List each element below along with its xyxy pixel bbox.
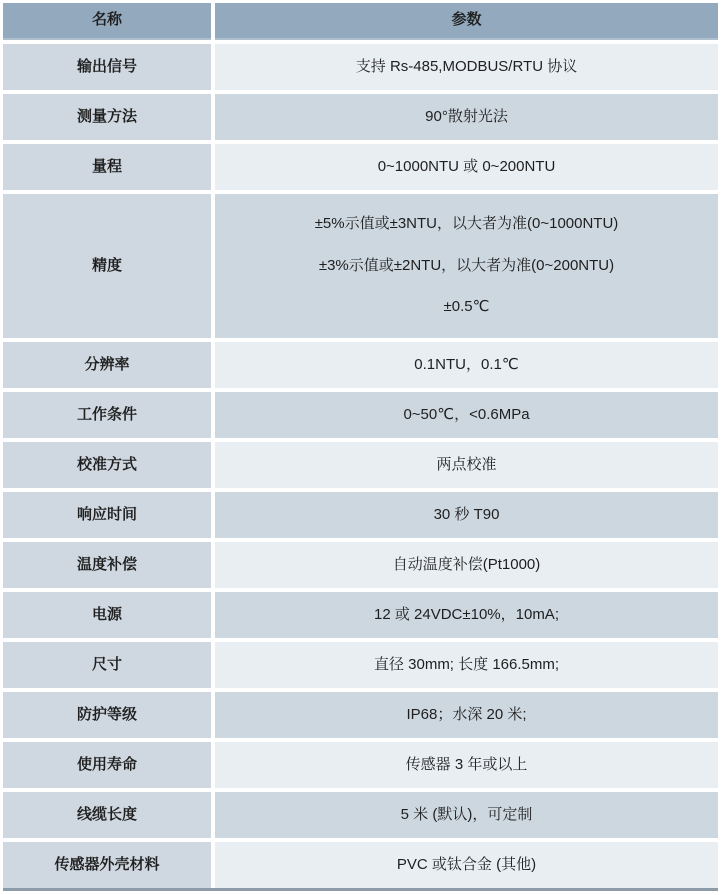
spec-sheet-page: 名称 参数 输出信号 支持 Rs-485,MODBUS/RTU 协议 测量方法 … bbox=[0, 0, 724, 895]
table-row-service-life: 使用寿命 传感器 3 年或以上 bbox=[3, 742, 718, 788]
table-row-accuracy: 精度 ±5%示值或±3NTU，以大者为准(0~1000NTU) ±3%示值或±2… bbox=[3, 194, 718, 338]
table-row-dimensions: 尺寸 直径 30mm; 长度 166.5mm; bbox=[3, 642, 718, 688]
table-row-power: 电源 12 或 24VDC±10%，10mA; bbox=[3, 592, 718, 638]
table-row-temp-compensation: 温度补偿 自动温度补偿(Pt1000) bbox=[3, 542, 718, 588]
table-header-row: 名称 参数 bbox=[3, 3, 718, 40]
row-value: IP68；水深 20 米; bbox=[215, 692, 718, 738]
row-value: PVC 或钛合金 (其他) bbox=[215, 842, 718, 888]
row-name: 输出信号 bbox=[3, 44, 211, 90]
accuracy-line-1: ±5%示值或±3NTU，以大者为准(0~1000NTU) bbox=[215, 215, 718, 234]
row-name: 使用寿命 bbox=[3, 742, 211, 788]
table-row-housing-material: 传感器外壳材料 PVC 或钛合金 (其他) bbox=[3, 842, 718, 888]
table-row-operating-conditions: 工作条件 0~50℃，<0.6MPa bbox=[3, 392, 718, 438]
table-row-calibration: 校准方式 两点校准 bbox=[3, 442, 718, 488]
row-name: 电源 bbox=[3, 592, 211, 638]
table-row-output-signal: 输出信号 支持 Rs-485,MODBUS/RTU 协议 bbox=[3, 44, 718, 90]
row-value: 0.1NTU，0.1℃ bbox=[215, 342, 718, 388]
table-row-cable-length: 线缆长度 5 米 (默认)，可定制 bbox=[3, 792, 718, 838]
row-value: 12 或 24VDC±10%，10mA; bbox=[215, 592, 718, 638]
row-name: 精度 bbox=[3, 194, 211, 338]
row-name: 尺寸 bbox=[3, 642, 211, 688]
row-name: 校准方式 bbox=[3, 442, 211, 488]
row-name: 工作条件 bbox=[3, 392, 211, 438]
header-name-column: 名称 bbox=[3, 3, 211, 40]
row-value: ±5%示值或±3NTU，以大者为准(0~1000NTU) ±3%示值或±2NTU… bbox=[215, 194, 718, 338]
row-name: 防护等级 bbox=[3, 692, 211, 738]
row-value: 90°散射光法 bbox=[215, 94, 718, 140]
row-name: 测量方法 bbox=[3, 94, 211, 140]
accuracy-line-3: ±0.5℃ bbox=[215, 298, 718, 317]
table-row-measure-method: 测量方法 90°散射光法 bbox=[3, 94, 718, 140]
row-name: 响应时间 bbox=[3, 492, 211, 538]
row-name: 传感器外壳材料 bbox=[3, 842, 211, 888]
row-name: 线缆长度 bbox=[3, 792, 211, 838]
table-row-protection-rating: 防护等级 IP68；水深 20 米; bbox=[3, 692, 718, 738]
table-row-range: 量程 0~1000NTU 或 0~200NTU bbox=[3, 144, 718, 190]
spec-table: 名称 参数 输出信号 支持 Rs-485,MODBUS/RTU 协议 测量方法 … bbox=[3, 3, 718, 891]
row-value: 支持 Rs-485,MODBUS/RTU 协议 bbox=[215, 44, 718, 90]
accuracy-line-2: ±3%示值或±2NTU，以大者为准(0~200NTU) bbox=[215, 257, 718, 276]
row-value: 直径 30mm; 长度 166.5mm; bbox=[215, 642, 718, 688]
row-value: 自动温度补偿(Pt1000) bbox=[215, 542, 718, 588]
row-value: 5 米 (默认)，可定制 bbox=[215, 792, 718, 838]
row-value: 0~50℃，<0.6MPa bbox=[215, 392, 718, 438]
table-row-resolution: 分辨率 0.1NTU，0.1℃ bbox=[3, 342, 718, 388]
row-value: 两点校准 bbox=[215, 442, 718, 488]
row-name: 分辨率 bbox=[3, 342, 211, 388]
header-param-column: 参数 bbox=[215, 3, 718, 40]
table-row-response-time: 响应时间 30 秒 T90 bbox=[3, 492, 718, 538]
row-value: 30 秒 T90 bbox=[215, 492, 718, 538]
row-name: 量程 bbox=[3, 144, 211, 190]
row-name: 温度补偿 bbox=[3, 542, 211, 588]
row-value: 传感器 3 年或以上 bbox=[215, 742, 718, 788]
row-value: 0~1000NTU 或 0~200NTU bbox=[215, 144, 718, 190]
